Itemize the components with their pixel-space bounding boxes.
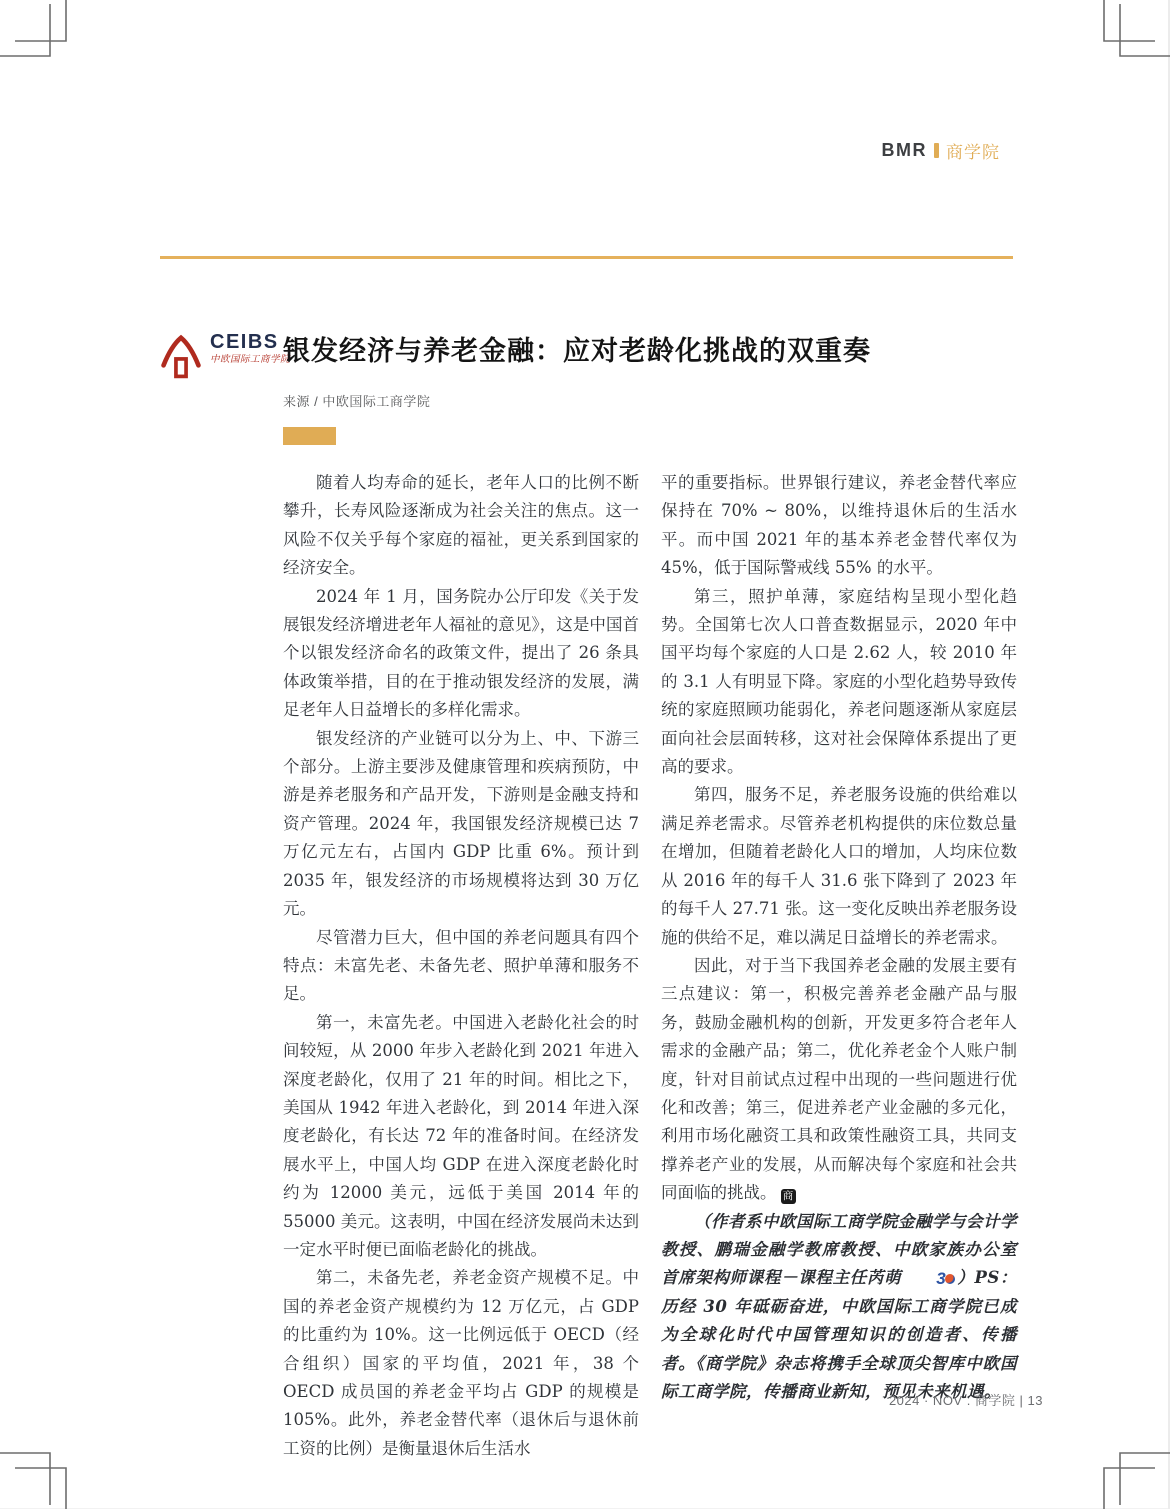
section-name: 商学院 bbox=[946, 138, 1000, 163]
brand-bmr: BMR bbox=[882, 140, 928, 161]
anniversary-dot bbox=[945, 1274, 955, 1284]
gold-divider-bar bbox=[934, 143, 939, 158]
paragraph: 因此，对于当下我国养老金融的发展主要有三点建议：第一，积极完善养老金融产品与服务… bbox=[661, 952, 1017, 1208]
paragraph-text: 因此，对于当下我国养老金融的发展主要有三点建议：第一，积极完善养老金融产品与服务… bbox=[661, 956, 1017, 1202]
author-note: （作者系中欧国际工商学院金融学与会计学教授、鹏瑞金融学教席教授、中欧家族办公室首… bbox=[661, 1208, 1017, 1407]
anniversary-digit: 3 bbox=[903, 1270, 946, 1287]
article-end-mark: 商 bbox=[781, 1189, 796, 1204]
left-column: 随着人均寿命的延长，老年人口的比例不断攀升，长寿风险逐渐成为社会关注的焦点。这一… bbox=[283, 469, 639, 1463]
paragraph: 第一，未富先老。中国进入老龄化社会的时间较短，从 2000 年步入老龄化到 20… bbox=[283, 1009, 639, 1265]
ceibs-house-icon bbox=[158, 332, 204, 384]
article-source: 来源 / 中欧国际工商学院 bbox=[283, 391, 430, 410]
ceibs-logotype-cn: 中欧国际工商学院 bbox=[210, 355, 290, 365]
gold-rule bbox=[160, 256, 1013, 259]
paragraph: 随着人均寿命的延长，老年人口的比例不断攀升，长寿风险逐渐成为社会关注的焦点。这一… bbox=[283, 469, 639, 583]
gold-accent-block bbox=[283, 427, 336, 445]
article-body: 随着人均寿命的延长，老年人口的比例不断攀升，长寿风险逐渐成为社会关注的焦点。这一… bbox=[283, 469, 1018, 1463]
page-folio: 2024 · NOV . 商学院 | 13 bbox=[889, 1390, 1043, 1409]
paragraph: 2024 年 1 月，国务院办公厅印发《关于发展银发经济增进老年人福祉的意见》，… bbox=[283, 583, 639, 725]
paragraph: 第二，未备先老，养老金资产规模不足。中国的养老金资产规模约为 12 万亿元，占 … bbox=[283, 1264, 639, 1463]
paragraph: 第三，照护单薄，家庭结构呈现小型化趋势。全国第七次人口普查数据显示，2020 年… bbox=[661, 583, 1017, 782]
crop-mark-bottom-left bbox=[0, 1389, 120, 1509]
crop-mark-bottom-right bbox=[1050, 1389, 1170, 1509]
ceibs-30th-anniversary-icon: 3 bbox=[903, 1270, 955, 1287]
magazine-page: BMR 商学院 CEIBS 中欧国际工商学院 银发经济与养老金融：应对老龄化挑战… bbox=[0, 0, 1170, 1509]
running-head: BMR 商学院 bbox=[882, 138, 1001, 163]
crop-mark-top-right bbox=[1050, 0, 1170, 120]
right-column: 平的重要指标。世界银行建议，养老金替代率应保持在 70% ~ 80%，以维持退休… bbox=[661, 469, 1017, 1463]
ceibs-logotype: CEIBS bbox=[210, 332, 290, 352]
paragraph-continuation: 平的重要指标。世界银行建议，养老金替代率应保持在 70% ~ 80%，以维持退休… bbox=[661, 469, 1017, 583]
crop-mark-top-left bbox=[0, 0, 120, 120]
paragraph: 第四，服务不足，养老服务设施的供给难以满足养老需求。尽管养老机构提供的床位数总量… bbox=[661, 781, 1017, 951]
ceibs-logo: CEIBS 中欧国际工商学院 bbox=[158, 332, 290, 384]
author-note-text: ）PS：历经 30 年砥砺奋进，中欧国际工商学院已成为全球化时代中国管理知识的创… bbox=[661, 1268, 1017, 1401]
article-title: 银发经济与养老金融：应对老龄化挑战的双重奏 bbox=[283, 336, 1043, 368]
ceibs-wordmark: CEIBS 中欧国际工商学院 bbox=[210, 332, 290, 365]
paragraph: 银发经济的产业链可以分为上、中、下游三个部分。上游主要涉及健康管理和疾病预防，中… bbox=[283, 725, 639, 924]
paragraph: 尽管潜力巨大，但中国的养老问题具有四个特点：未富先老、未备先老、照护单薄和服务不… bbox=[283, 924, 639, 1009]
